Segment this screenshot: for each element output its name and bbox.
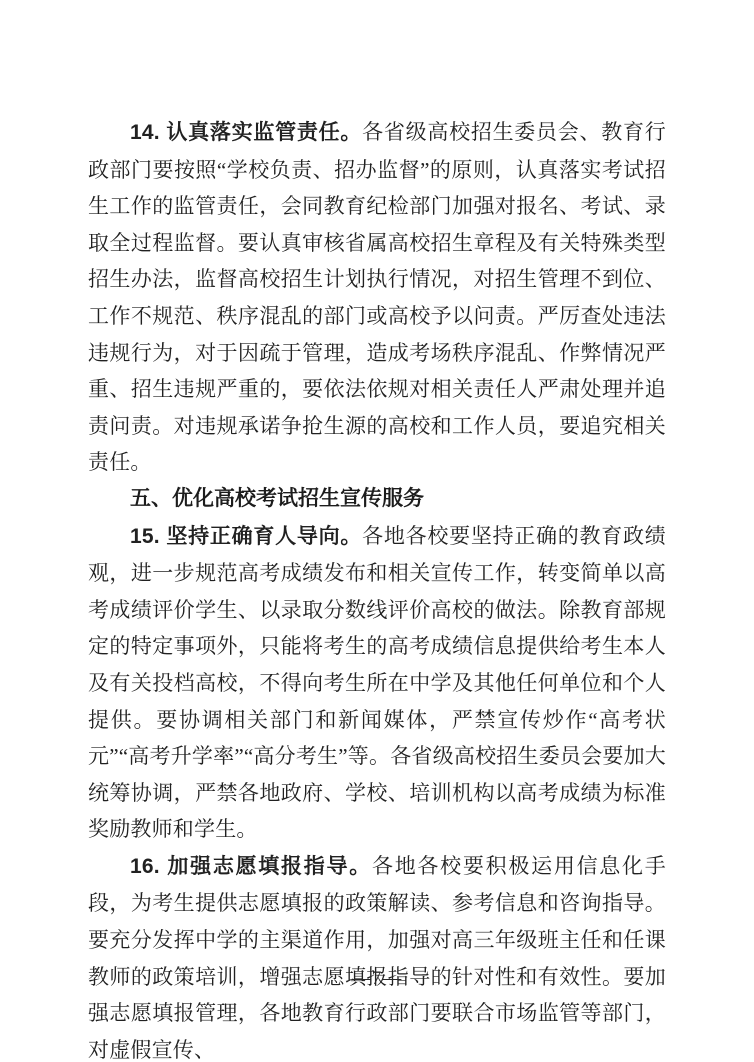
paragraph-16: 16. 加强志愿填报指导。各地各校要积极运用信息化手段，为考生提供志愿填报的政策… — [88, 848, 666, 1062]
paragraph-16-lead: 16. 加强志愿填报指导。 — [130, 855, 372, 878]
document-body: 14. 认真落实监管责任。各省级高校招生委员会、教育行政部门要按照“学校负责、招… — [88, 114, 666, 1062]
paragraph-16-text: 各地各校要积极运用信息化手段，为考生提供志愿填报的政策解读、参考信息和咨询指导。… — [88, 854, 666, 1062]
page-footer: —7— — [0, 968, 754, 990]
paragraph-14-lead: 14. 认真落实监管责任。 — [130, 121, 362, 144]
paragraph-15-text: 各地各校要坚持正确的教育政绩观，进一步规范高考成绩发布和相关宣传工作，转变简单以… — [88, 524, 666, 842]
paragraph-14-text: 各省级高校招生委员会、教育行政部门要按照“学校负责、招办监督”的原则，认真落实考… — [88, 120, 666, 474]
page-number: —7— — [352, 968, 403, 989]
paragraph-15: 15. 坚持正确育人导向。各地各校要坚持正确的教育政绩观，进一步规范高考成绩发布… — [88, 518, 666, 848]
document-page: 14. 认真落实监管责任。各省级高校招生委员会、教育行政部门要按照“学校负责、招… — [0, 0, 754, 1062]
section-5-heading: 五、优化高校考试招生宣传服务 — [88, 481, 666, 518]
paragraph-14: 14. 认真落实监管责任。各省级高校招生委员会、教育行政部门要按照“学校负责、招… — [88, 114, 666, 481]
paragraph-15-lead: 15. 坚持正确育人导向。 — [130, 525, 362, 548]
